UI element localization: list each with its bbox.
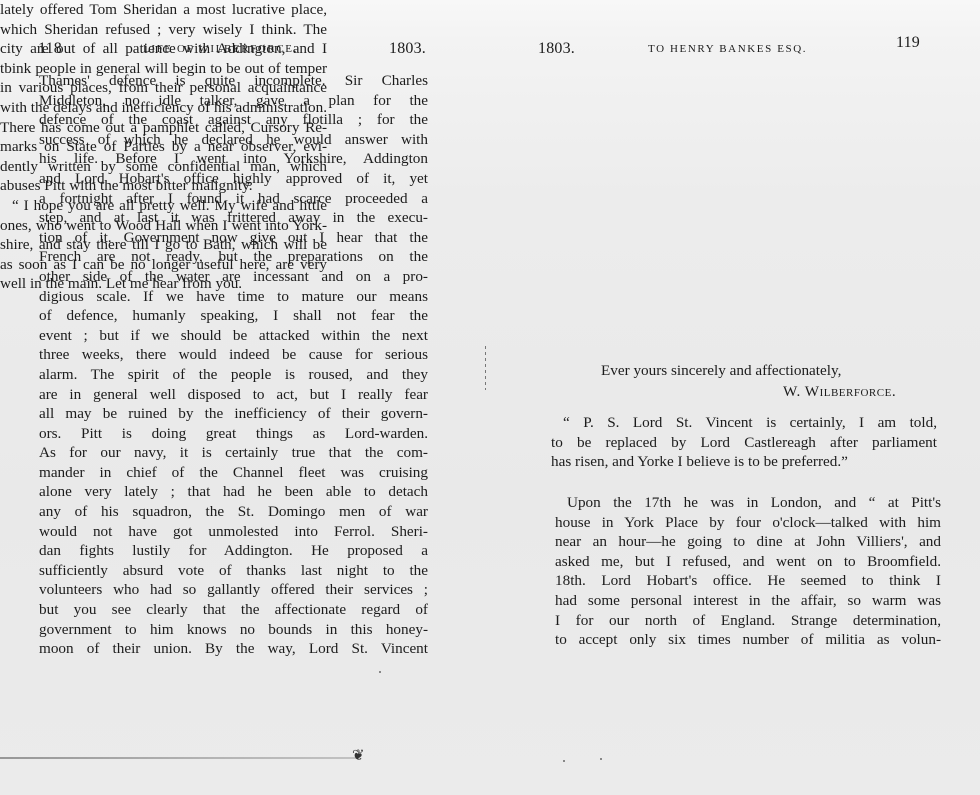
text-line: to accept only six times number of milit… [555,630,941,650]
text-line: moon of their union. By the way, Lord St… [39,639,428,659]
text-line: 18th. Lord Hobart's office. He seemed to… [555,571,941,591]
text-line: volunteers who had so gallantly offered … [39,580,428,600]
text-line: had some personal interest in the affair… [555,591,941,611]
text-line: “ P. S. Lord St. Vincent is certainly, I… [551,413,937,433]
text-line: mander in chief of the Channel fleet was… [39,463,428,483]
text-line: “ I hope you are all pretty well. My wif… [0,196,327,216]
text-line: has risen, and Yorke I believe is to be … [551,452,937,472]
text-line: three weeks, there would indeed be cause… [39,345,428,365]
text-line: of defence, humanly speaking, I shall no… [39,306,428,326]
text-line: with the delays and inefficiency of his … [0,98,327,118]
text-line: any of his squadron, the St. Domingo men… [39,502,428,522]
text-line: asked me, but I refused, and went on to … [555,552,941,572]
fold-line [0,757,360,759]
text-line: alone very lately ; that had he been abl… [39,482,428,502]
running-title: TO HENRY BANKES ESQ. [648,43,807,55]
text-line: sufficiently absurd vote of thanks last … [39,561,428,581]
text-line: to be replaced by Lord Castlereagh after… [551,433,937,453]
letter-salutation: Ever yours sincerely and affectionately, [601,362,841,380]
ornament-icon: ❦ [352,749,376,763]
speck [600,758,602,760]
text-line: tbink people in general will begin to be… [0,59,327,79]
text-line: Upon the 17th he was in London, and “ at… [555,493,941,513]
right-running-head: 1803. TO HENRY BANKES ESQ. 119 [538,40,924,60]
text-line: alarm. The spirit of the people is rouse… [39,365,428,385]
text-line: government to him knows no bounds in thi… [39,620,428,640]
text-line: marks on State of Parties by a near obse… [0,137,327,157]
text-line: would not have got unmolested into Ferro… [39,522,428,542]
page-number: 119 [896,34,920,52]
text-line: dently written by some confidential man,… [0,157,327,177]
postscript: “ P. S. Lord St. Vincent is certainly, I… [551,413,937,472]
gutter-mark [485,346,486,390]
text-line: ors. Pitt is doing great things as Lord-… [39,424,428,444]
text-line: I for our north of England. Strange dete… [555,611,941,631]
right-letter-text: lately offered Tom Sheridan a most lucra… [0,0,327,294]
letter-signature: W. Wilberforce. [783,383,896,401]
text-line: lately offered Tom Sheridan a most lucra… [0,0,327,20]
text-line: well in the main. Let me hear from you. [0,274,327,294]
running-year: 1803. [389,40,426,58]
text-line: but you see clearly that the affectionat… [39,600,428,620]
speck [563,760,565,762]
text-line: are in general well disposed to act, but… [39,385,428,405]
text-line: which Sheridan refused ; very wisely I t… [0,20,327,40]
text-line: near an hour—he going to dine at John Vi… [555,532,941,552]
text-line: all may be ruined by the inefficiency of… [39,404,428,424]
narrative-paragraph: Upon the 17th he was in London, and “ at… [555,493,941,650]
text-line: As for our navy, it is certainly true th… [39,443,428,463]
text-line: event ; but if we should be attacked wit… [39,326,428,346]
running-year: 1803. [538,40,575,58]
text-line: There has come out a pamphlet called, Cu… [0,118,327,138]
text-line: city are out of all patience with Adding… [0,39,327,59]
text-line: shire, and stay there till I go to Bath,… [0,235,327,255]
text-line: dan fights lustily for Addington. He pro… [39,541,428,561]
text-line: abuses Pitt with the most bitter maligni… [0,176,327,196]
text-line: as soon as I can be no longer useful her… [0,255,327,275]
text-line: in various places, from their personal a… [0,78,327,98]
text-line: house in York Place by four o'clock—talk… [555,513,941,533]
text-line: ones, who went to Wood Hall when I went … [0,216,327,236]
speck [379,671,381,673]
